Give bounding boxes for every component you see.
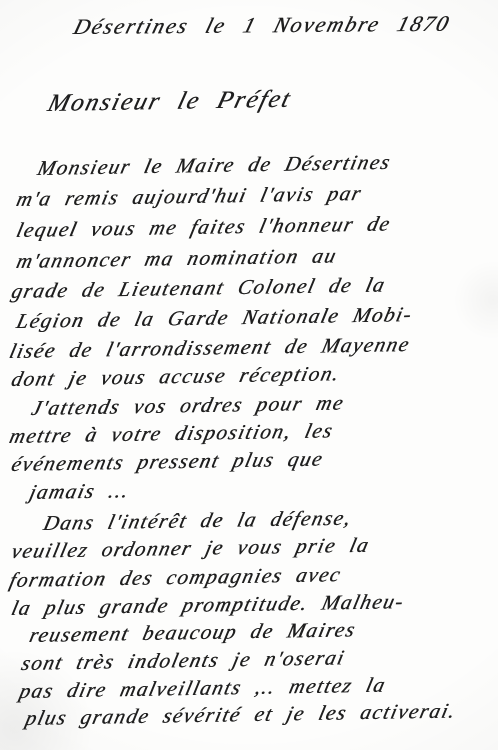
letter-salutation: Monsieur le Préfet xyxy=(44,86,294,118)
letter-line: J'attends vos ordres pour me xyxy=(29,391,347,421)
letter-line: reusement beaucoup de Maires xyxy=(27,617,359,648)
letter-line: m'annoncer ma nomination au xyxy=(14,243,340,274)
letter-line: sont très indolents je n'oserai xyxy=(19,645,348,676)
scanned-letter-page: Désertines le 1 Novembre 1870 Monsieur l… xyxy=(0,0,498,750)
letter-line: lisée de l'arrondissement de Mayenne xyxy=(7,332,413,364)
letter-line: Monsieur le Maire de Désertines xyxy=(35,150,394,181)
letter-line: événements pressent plus que xyxy=(9,447,326,477)
letter-line: pas dire malveillants ,.. mettez la xyxy=(17,673,389,704)
letter-line: jamais ... xyxy=(27,478,132,505)
letter-line: Dans l'intérêt de la défense, xyxy=(41,506,354,536)
letter-line: m'a remis aujourd'hui l'avis par xyxy=(14,181,365,212)
letter-line: Légion de la Garde Nationale Mobi- xyxy=(14,302,415,334)
letter-line: grade de Lieutenant Colonel de la xyxy=(9,273,388,304)
letter-line: formation des compagnies avec xyxy=(7,562,344,593)
letter-line: veuillez ordonner je vous prie la xyxy=(9,533,372,564)
letter-line: mettre à votre disposition, les xyxy=(7,418,336,449)
letter-line: plus grande sévérité et je les activerai… xyxy=(23,699,459,731)
letter-line: lequel vous me faites l'honneur de xyxy=(14,212,394,243)
letter-dateline: Désertines le 1 Novembre 1870 xyxy=(71,11,454,40)
letter-line: dont je vous accuse réception. xyxy=(9,361,343,392)
letter-line: la plus grande promptitude. Malheu- xyxy=(9,589,407,621)
